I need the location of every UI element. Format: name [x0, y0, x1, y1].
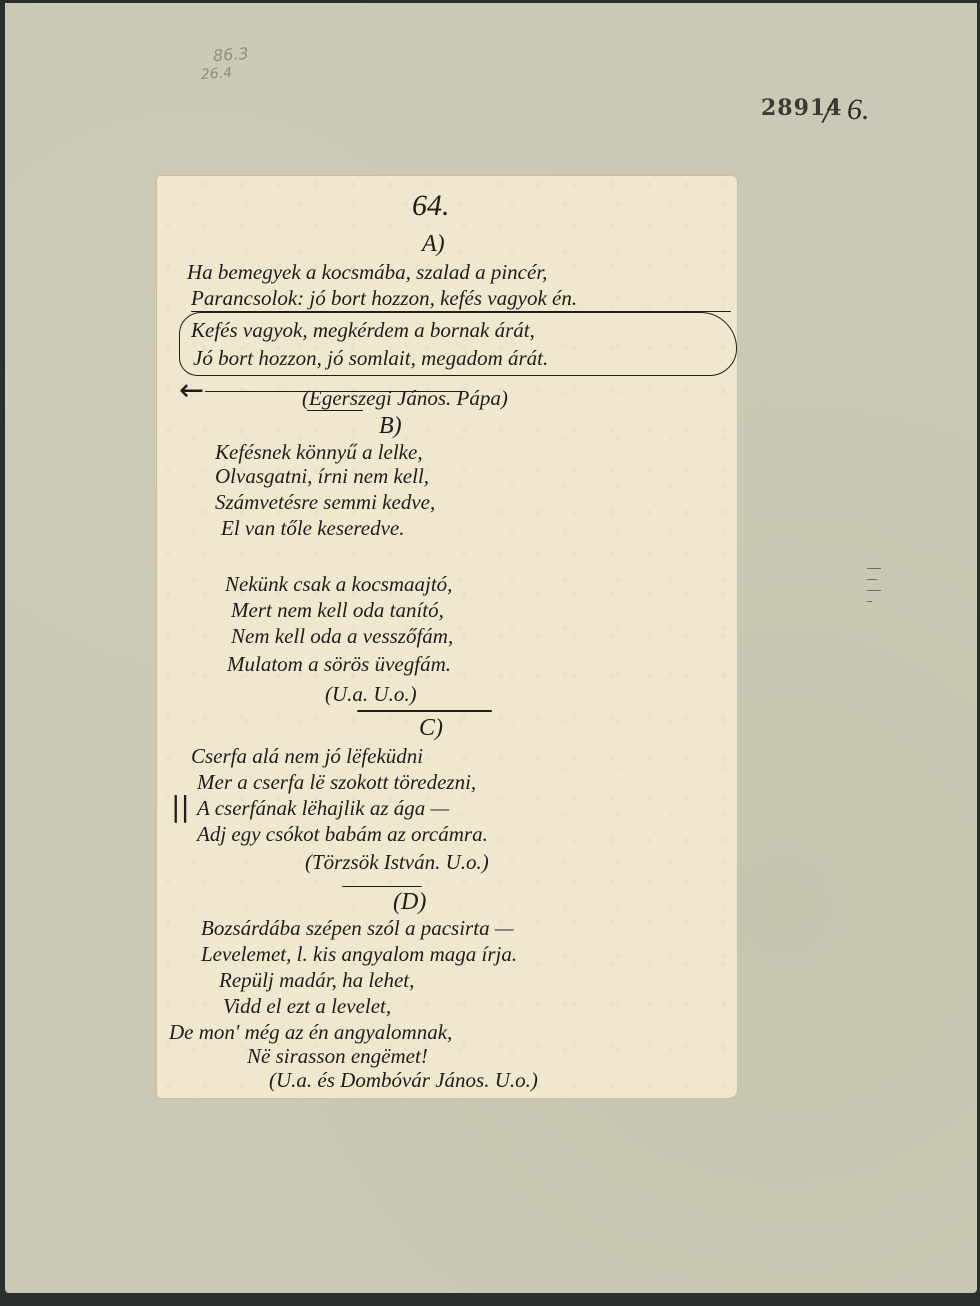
verse-line: El van tőle keseredve.	[221, 516, 404, 540]
section-label-a: A)	[422, 232, 445, 256]
catalog-suffix: 6.	[847, 93, 870, 127]
section-divider	[342, 886, 422, 887]
verse-line: Nekünk csak a kocsmaajtó,	[225, 572, 452, 596]
verse-line: Ha bemegyek a kocsmába, szalad a pincér,	[187, 260, 547, 284]
verse-line: Mert nem kell oda tanító,	[231, 598, 444, 622]
edge-marks	[867, 568, 881, 612]
verse-line: Cserfa alá nem jó lëfeküdni	[191, 744, 423, 768]
source-note: (U.a. U.o.)	[325, 682, 417, 706]
section-label-d: (D)	[393, 890, 426, 914]
verse-line: Mulatom a sörös üvegfám.	[227, 652, 451, 676]
verse-line: Nem kell oda a vesszőfám,	[231, 624, 453, 648]
verse-line: Számvetésre semmi kedve,	[215, 490, 435, 514]
section-label-c: C)	[419, 716, 443, 740]
manuscript-card: 64. A) Ha bemegyek a kocsmába, szalad a …	[157, 176, 737, 1098]
verse-line: Në sirasson engëmet!	[247, 1044, 428, 1068]
verse-line: Jó bort hozzon, jó somlait, megadom árát…	[193, 346, 548, 370]
margin-bars: ||	[171, 790, 190, 823]
verse-line: A cserfának lëhajlik az ága —	[197, 796, 449, 820]
pencil-note: 26.4	[200, 64, 232, 85]
verse-line: Levelemet, l. kis angyalom maga írja.	[201, 942, 517, 966]
verse-line: Vidd el ezt a levelet,	[223, 994, 391, 1018]
page-number: 64.	[412, 194, 450, 218]
source-note: (Törzsök István. U.o.)	[305, 850, 489, 874]
verse-line: Bozsárdába szépen szól a pacsirta —	[201, 916, 514, 940]
verse-line: Kefés vagyok, megkérdem a bornak árát,	[191, 318, 535, 342]
arrow-left-icon: ←	[179, 376, 204, 406]
source-note: (Egerszegi János. Pápa)	[302, 386, 508, 410]
underline	[307, 410, 363, 411]
pencil-note: 86.3	[212, 44, 249, 65]
section-label-b: B)	[379, 414, 402, 438]
source-note: (U.a. és Dombóvár János. U.o.)	[269, 1068, 538, 1092]
catalog-slash: /	[823, 89, 833, 131]
verse-line: Parancsolok: jó bort hozzon, kefés vagyo…	[191, 286, 577, 310]
verse-line: Repülj madár, ha lehet,	[219, 968, 414, 992]
verse-line: Adj egy csókot babám az orcámra.	[197, 822, 488, 846]
verse-line: Kefésnek könnyű a lelke,	[215, 440, 423, 464]
verse-line: Mer a cserfa lë szokott töredezni,	[197, 770, 476, 794]
verse-line: Olvasgatni, írni nem kell,	[215, 464, 429, 488]
section-divider	[357, 710, 492, 712]
verse-line: De mon' még az én angyalomnak,	[169, 1020, 452, 1044]
